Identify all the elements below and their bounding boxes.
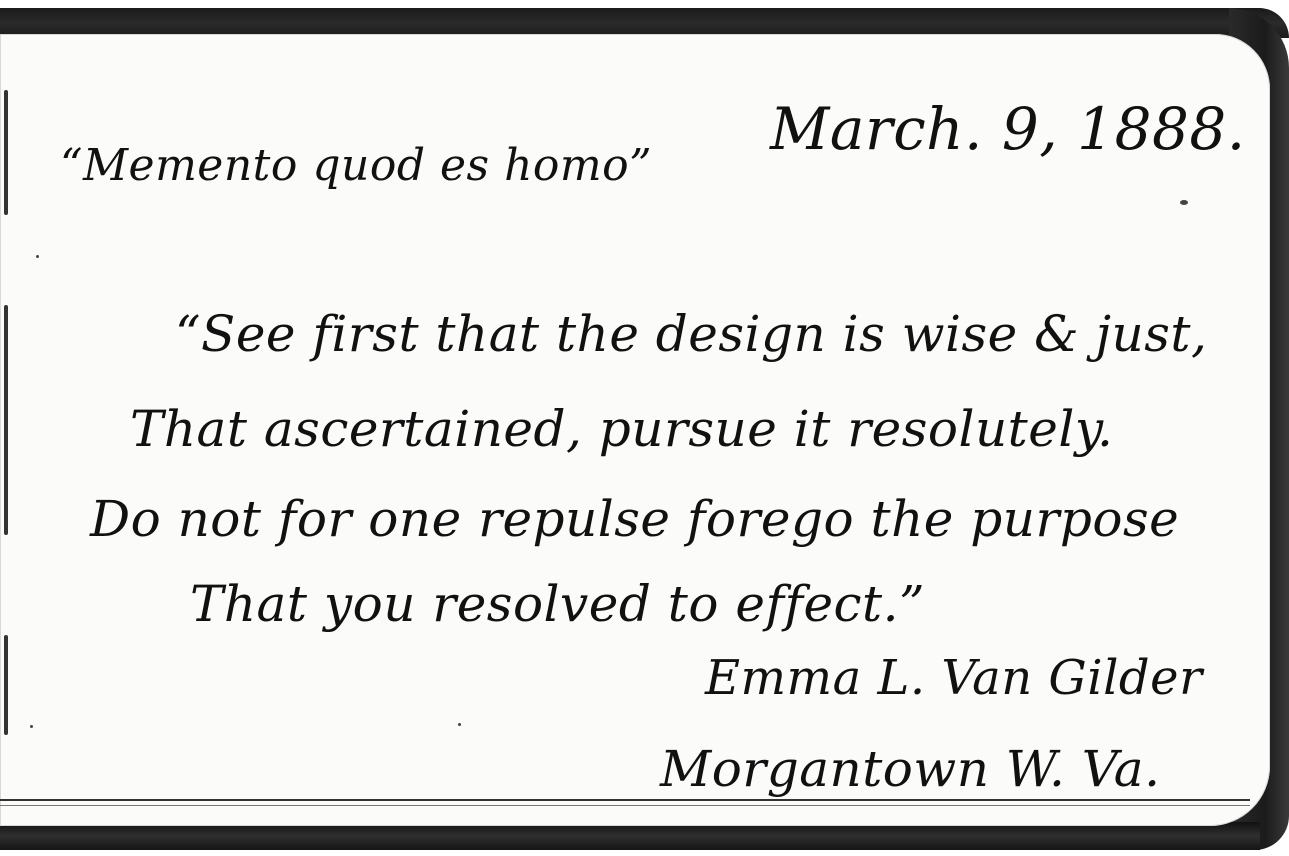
cover-bottom-edge: [0, 822, 1260, 850]
ink-speck: [458, 723, 461, 726]
binding-mark: [4, 635, 8, 735]
binding-mark: [4, 305, 8, 535]
entry-date: March. 9, 1888.: [770, 95, 1246, 163]
signature: Emma L. Van Gilder: [705, 650, 1203, 706]
ink-speck: [1180, 200, 1188, 205]
binding-mark: [4, 90, 8, 215]
page-bottom-edge: [0, 799, 1250, 806]
ink-speck: [36, 255, 39, 258]
quote-line-3: Do not for one repulse forego the purpos…: [90, 490, 1179, 548]
quote-line-2: That ascertained, pursue it resolutely.: [130, 400, 1113, 458]
signer-location: Morgantown W. Va.: [660, 740, 1160, 798]
ink-speck: [30, 725, 33, 728]
motto-latin: “Memento quod es homo”: [60, 140, 652, 191]
quote-line-4: That you resolved to effect.”: [190, 575, 925, 633]
quote-line-1: “See first that the design is wise & jus…: [175, 305, 1207, 363]
